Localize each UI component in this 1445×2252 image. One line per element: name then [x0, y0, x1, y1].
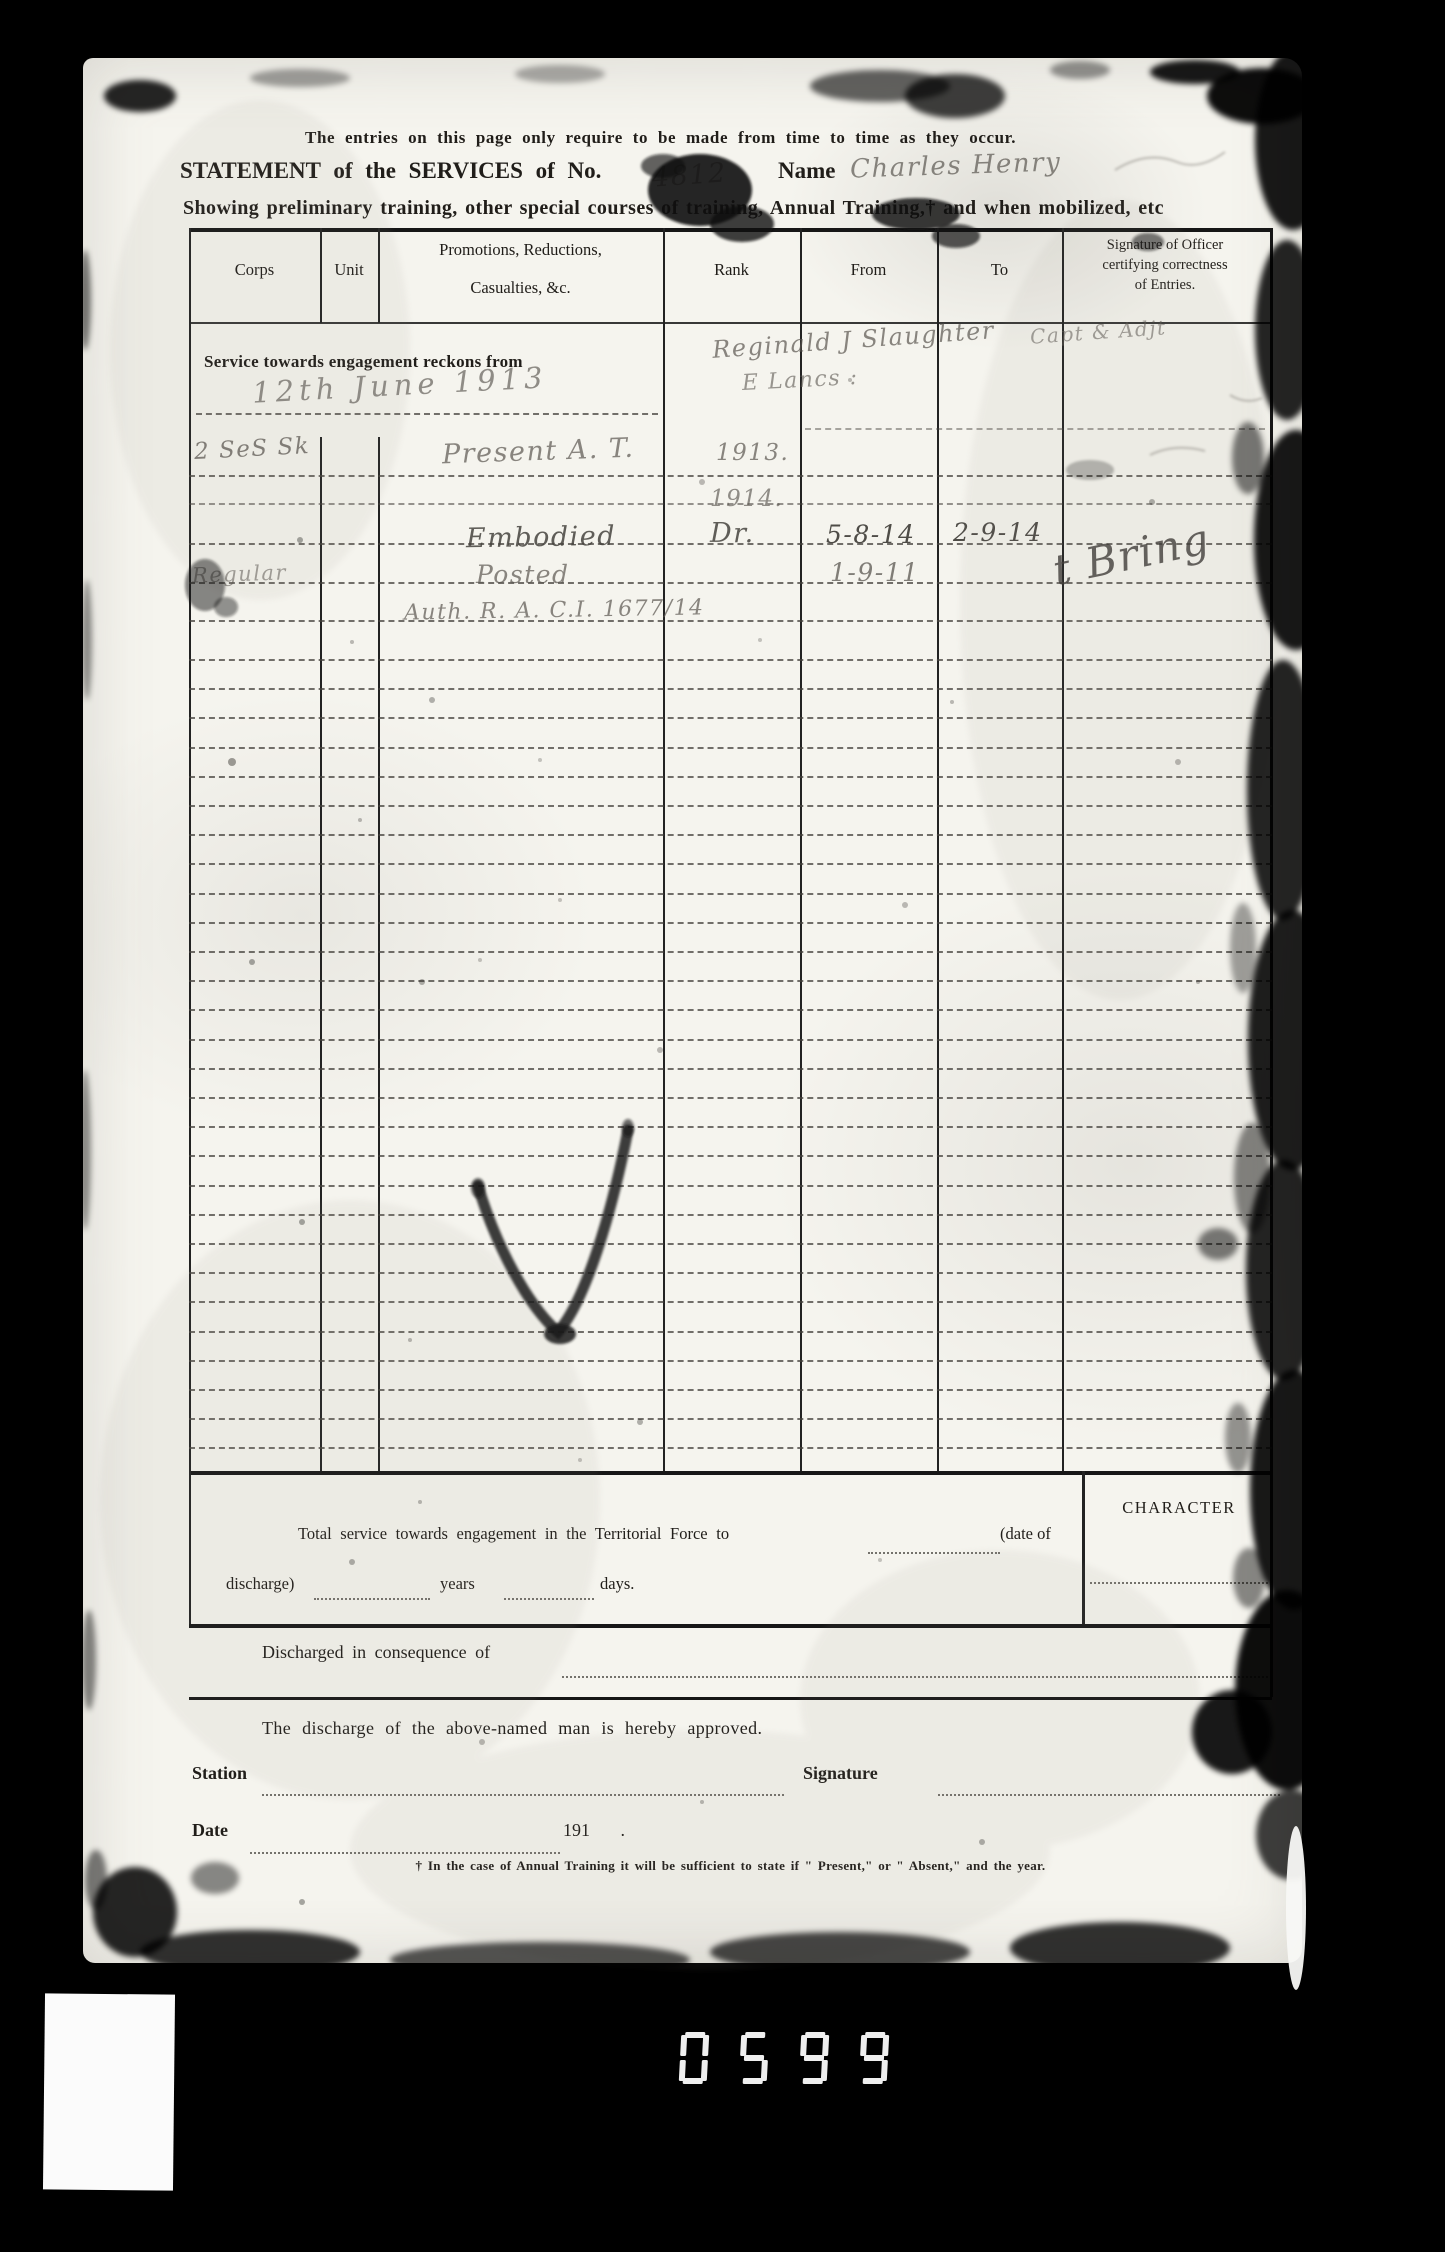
discharge-paren-label: discharge): [226, 1574, 294, 1594]
col-header-rank: Rank: [663, 260, 800, 280]
signature-label: Signature: [803, 1763, 878, 1784]
years-label: years: [440, 1574, 475, 1594]
table-row-line: [189, 1214, 1272, 1216]
character-box-divider: [1082, 1471, 1085, 1624]
hw-promotions-auth: Auth. R. A. C.I. 1677/14: [404, 595, 705, 625]
table-row-line: [189, 951, 1272, 953]
table-right-border: [1270, 228, 1273, 1697]
totals-line1: Total service towards engagement in the …: [298, 1524, 729, 1544]
service-number-handwritten: 4812: [651, 157, 728, 193]
table-row-line: [189, 1272, 1272, 1274]
hw-rank-1914: 1914.: [710, 486, 783, 512]
reckon-date-rule: [196, 413, 658, 415]
character-label: CHARACTER: [1086, 1498, 1272, 1518]
table-row-line: [189, 1243, 1272, 1245]
table-row-line: [189, 1039, 1272, 1041]
date-label: Date: [192, 1820, 228, 1841]
table-row-line: [189, 1301, 1272, 1303]
station-label: Station: [192, 1763, 247, 1784]
table-row-line: [189, 717, 1272, 719]
years-fill-line: [314, 1598, 430, 1600]
table-row-line: [189, 1097, 1272, 1099]
table-row-line: [189, 747, 1272, 749]
divider-from-to: [937, 228, 939, 1471]
table-row-line: [189, 922, 1272, 924]
hw-rank-dr: Dr.: [710, 518, 755, 549]
character-fill-line: [1090, 1582, 1268, 1584]
table-row-line: [189, 659, 1272, 661]
col-header-signature-line3: of Entries.: [1062, 277, 1268, 294]
divider-unit-promotions: [378, 437, 380, 1471]
totals-fill-line: [868, 1552, 1000, 1554]
table-row-line: [189, 475, 1272, 477]
days-fill-line: [504, 1598, 594, 1600]
table-top-border: [189, 228, 1272, 232]
station-fill-line: [262, 1794, 784, 1796]
approved-line: The discharge of the above-named man is …: [262, 1718, 762, 1739]
signature-area-rule: [805, 428, 1265, 430]
date-of-label: (date of: [1000, 1524, 1051, 1544]
table-row-line: [189, 1447, 1272, 1449]
table-row-line: [189, 1126, 1272, 1128]
col-header-signature-line1: Signature of Officer: [1062, 237, 1268, 254]
table-row-line: [189, 1009, 1272, 1011]
divider-rank-from: [800, 228, 802, 1471]
table-row-line: [189, 1185, 1272, 1187]
table-row-line: [189, 893, 1272, 895]
table-row-line: [189, 1068, 1272, 1070]
discharge-bottom-border: [189, 1697, 1272, 1700]
col-header-unit: Unit: [320, 260, 378, 280]
statement-title: STATEMENT of the SERVICES of No.: [180, 158, 601, 184]
footnote: † In the case of Annual Training it will…: [189, 1858, 1272, 1874]
scan-white-card: [43, 1993, 175, 2190]
table-row-line: [189, 1360, 1272, 1362]
table-left-border: [189, 228, 191, 1624]
hw-to-2-9-14: 2-9-14: [953, 518, 1043, 547]
scan-viewport: { "scan": { "stamp_digits": "0599" }, "h…: [0, 0, 1445, 2252]
table-row-line: [189, 1389, 1272, 1391]
seven-segment-stamp: [680, 2032, 930, 2092]
table-row-line: [189, 1418, 1272, 1420]
table-row-line: [189, 805, 1272, 807]
days-label: days.: [600, 1574, 634, 1594]
hw-from-1-9-11: 1-9-11: [830, 558, 920, 587]
col-header-from: From: [800, 260, 937, 280]
subtitle: Showing preliminary training, other spec…: [183, 197, 1164, 220]
col-header-corps: Corps: [189, 260, 320, 280]
table-bottom-border: [189, 1471, 1272, 1475]
col-header-promotions-line1: Promotions, Reductions,: [378, 240, 663, 260]
table-row-line: [189, 863, 1272, 865]
signature-fill-line: [938, 1794, 1280, 1796]
stamp-digit: [859, 2032, 890, 2084]
stamp-digit: [799, 2032, 830, 2084]
hw-promotions-posted: Posted: [476, 560, 570, 589]
col-header-promotions-line2: Casualties, &c.: [378, 278, 663, 298]
col-header-to: To: [937, 260, 1062, 280]
hw-promotions-embodied: Embodied: [466, 521, 617, 555]
stamp-digit: [679, 2032, 710, 2084]
divider-promotions-rank: [663, 228, 665, 1471]
hw-corps-regular: Regular: [192, 560, 288, 587]
top-note: The entries on this page only require to…: [305, 128, 1016, 148]
table-row-line: [189, 1331, 1272, 1333]
hw-rank-1913: 1913.: [716, 440, 789, 466]
name-label: Name: [778, 158, 835, 184]
table-row-line: [189, 688, 1272, 690]
year-prefix: 191 .: [563, 1820, 625, 1841]
divider-corps-unit: [320, 437, 322, 1471]
table-row-line: [189, 776, 1272, 778]
date-fill-line: [250, 1852, 560, 1854]
table-row-line: [189, 1155, 1272, 1157]
totals-bottom-border: [189, 1624, 1272, 1628]
divider-to-signature: [1062, 228, 1064, 1471]
table-row-line: [189, 620, 1272, 622]
table-row-line: [189, 980, 1272, 982]
hw-from-5-8-14: 5-8-14: [826, 520, 916, 549]
col-header-signature-line2: certifying correctness: [1062, 257, 1268, 274]
table-row-line: [189, 834, 1272, 836]
consequence-label: Discharged in consequence of: [262, 1642, 490, 1663]
consequence-fill-line: [562, 1676, 1268, 1678]
stamp-digit: [739, 2032, 770, 2084]
